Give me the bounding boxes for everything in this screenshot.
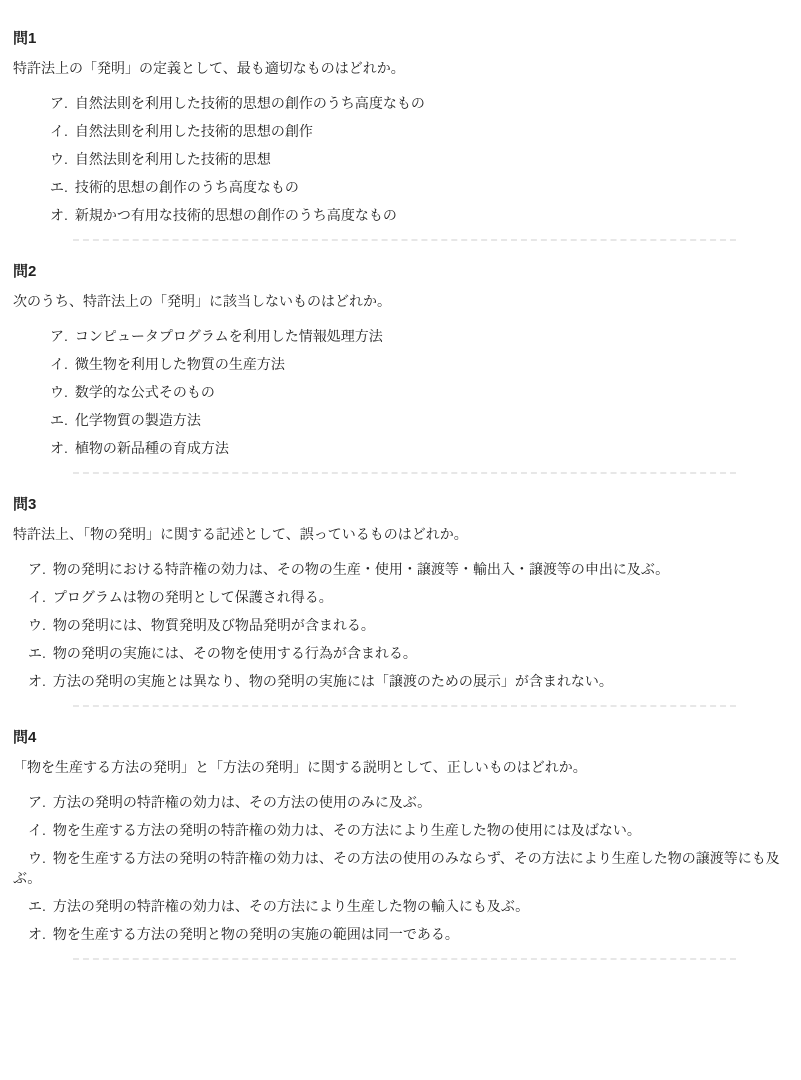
option-text: 物の発明には、物質発明及び物品発明が含まれる。	[53, 617, 375, 633]
answer-options: ア.コンピュータプログラムを利用した情報処理方法 イ.微生物を利用した物質の生産…	[13, 326, 788, 458]
option-label: エ.	[28, 898, 46, 914]
option-text: 植物の新品種の育成方法	[75, 440, 229, 456]
question-block: 問2 次のうち、特許法上の「発明」に該当しないものはどれか。 ア.コンピュータプ…	[13, 263, 788, 458]
answer-option: イ.物を生産する方法の発明の特許権の効力は、その方法により生産した物の使用には及…	[13, 820, 788, 840]
option-label: オ.	[28, 673, 46, 689]
option-text: 自然法則を利用した技術的思想の創作のうち高度なもの	[75, 95, 425, 111]
answer-options: ア.方法の発明の特許権の効力は、その方法の使用のみに及ぶ。 イ.物を生産する方法…	[13, 792, 788, 944]
option-text: 物の発明における特許権の効力は、その物の生産・使用・譲渡等・輸出入・譲渡等の申出…	[53, 561, 669, 577]
option-text: 新規かつ有用な技術的思想の創作のうち高度なもの	[75, 207, 397, 223]
option-label: オ.	[50, 207, 68, 223]
option-label: イ.	[28, 589, 46, 605]
question-number: 問1	[13, 30, 788, 48]
option-label: ア.	[28, 794, 46, 810]
answer-option: エ.技術的思想の創作のうち高度なもの	[13, 177, 788, 197]
option-label: エ.	[50, 179, 68, 195]
question-divider	[73, 958, 736, 960]
question-number: 問4	[13, 729, 788, 747]
option-text: 自然法則を利用した技術的思想の創作	[75, 123, 313, 139]
option-text: 技術的思想の創作のうち高度なもの	[75, 179, 299, 195]
answer-option: ア.自然法則を利用した技術的思想の創作のうち高度なもの	[13, 93, 788, 113]
option-label: エ.	[50, 412, 68, 428]
exam-document: 問1 特許法上の「発明」の定義として、最も適切なものはどれか。 ア.自然法則を利…	[0, 0, 801, 960]
option-text: 物を生産する方法の発明の特許権の効力は、その方法の使用のみならず、その方法により…	[13, 850, 780, 886]
question-number: 問2	[13, 263, 788, 281]
question-divider	[73, 705, 736, 707]
answer-option: エ.化学物質の製造方法	[13, 410, 788, 430]
answer-option: オ.方法の発明の実施とは異なり、物の発明の実施には「譲渡のための展示」が含まれな…	[13, 671, 788, 691]
answer-option: ア.コンピュータプログラムを利用した情報処理方法	[13, 326, 788, 346]
option-text: 方法の発明の特許権の効力は、その方法の使用のみに及ぶ。	[53, 794, 431, 810]
answer-option: エ.方法の発明の特許権の効力は、その方法により生産した物の輸入にも及ぶ。	[13, 896, 788, 916]
answer-option: イ.微生物を利用した物質の生産方法	[13, 354, 788, 374]
option-text: 方法の発明の実施とは異なり、物の発明の実施には「譲渡のための展示」が含まれない。	[53, 673, 613, 689]
answer-option: ウ.自然法則を利用した技術的思想	[13, 149, 788, 169]
option-label: エ.	[28, 645, 46, 661]
option-text: コンピュータプログラムを利用した情報処理方法	[75, 328, 383, 344]
questions-list: 問1 特許法上の「発明」の定義として、最も適切なものはどれか。 ア.自然法則を利…	[13, 30, 788, 960]
option-label: ウ.	[50, 384, 68, 400]
option-label: ウ.	[28, 617, 46, 633]
option-text: 物を生産する方法の発明の特許権の効力は、その方法により生産した物の使用には及ばな…	[53, 822, 641, 838]
answer-options: ア.物の発明における特許権の効力は、その物の生産・使用・譲渡等・輸出入・譲渡等の…	[13, 559, 788, 691]
answer-option: イ.プログラムは物の発明として保護され得る。	[13, 587, 788, 607]
question-divider	[73, 239, 736, 241]
question-statement: 特許法上の「発明」の定義として、最も適切なものはどれか。	[13, 58, 788, 78]
option-label: イ.	[50, 123, 68, 139]
option-text: 方法の発明の特許権の効力は、その方法により生産した物の輸入にも及ぶ。	[53, 898, 529, 914]
answer-option: エ.物の発明の実施には、その物を使用する行為が含まれる。	[13, 643, 788, 663]
question-divider	[73, 472, 736, 474]
answer-option: ア.物の発明における特許権の効力は、その物の生産・使用・譲渡等・輸出入・譲渡等の…	[13, 559, 788, 579]
question-block: 問4 「物を生産する方法の発明」と「方法の発明」に関する説明として、正しいものは…	[13, 729, 788, 944]
option-label: ア.	[50, 328, 68, 344]
question-statement: 次のうち、特許法上の「発明」に該当しないものはどれか。	[13, 291, 788, 311]
option-label: イ.	[28, 822, 46, 838]
option-text: プログラムは物の発明として保護され得る。	[53, 589, 333, 605]
option-text: 化学物質の製造方法	[75, 412, 201, 428]
option-label: イ.	[50, 356, 68, 372]
answer-options: ア.自然法則を利用した技術的思想の創作のうち高度なもの イ.自然法則を利用した技…	[13, 93, 788, 225]
option-text: 物の発明の実施には、その物を使用する行為が含まれる。	[53, 645, 417, 661]
option-label: ウ.	[50, 151, 68, 167]
answer-option: オ.新規かつ有用な技術的思想の創作のうち高度なもの	[13, 205, 788, 225]
answer-option: ア.方法の発明の特許権の効力は、その方法の使用のみに及ぶ。	[13, 792, 788, 812]
option-label: オ.	[50, 440, 68, 456]
question-statement: 「物を生産する方法の発明」と「方法の発明」に関する説明として、正しいものはどれか…	[13, 757, 788, 777]
option-text: 微生物を利用した物質の生産方法	[75, 356, 285, 372]
option-label: ア.	[50, 95, 68, 111]
option-text: 数学的な公式そのもの	[75, 384, 215, 400]
question-block: 問3 特許法上、「物の発明」に関する記述として、誤っているものはどれか。 ア.物…	[13, 496, 788, 691]
option-label: オ.	[28, 926, 46, 942]
answer-option: イ.自然法則を利用した技術的思想の創作	[13, 121, 788, 141]
option-label: ア.	[28, 561, 46, 577]
answer-option: ウ.数学的な公式そのもの	[13, 382, 788, 402]
answer-option: オ.物を生産する方法の発明と物の発明の実施の範囲は同一である。	[13, 924, 788, 944]
option-label: ウ.	[28, 850, 46, 866]
answer-option: オ.植物の新品種の育成方法	[13, 438, 788, 458]
answer-option: ウ.物の発明には、物質発明及び物品発明が含まれる。	[13, 615, 788, 635]
option-text: 自然法則を利用した技術的思想	[75, 151, 271, 167]
question-statement: 特許法上、「物の発明」に関する記述として、誤っているものはどれか。	[13, 524, 788, 544]
question-block: 問1 特許法上の「発明」の定義として、最も適切なものはどれか。 ア.自然法則を利…	[13, 30, 788, 225]
question-number: 問3	[13, 496, 788, 514]
option-text: 物を生産する方法の発明と物の発明の実施の範囲は同一である。	[53, 926, 459, 942]
answer-option: ウ.物を生産する方法の発明の特許権の効力は、その方法の使用のみならず、その方法に…	[13, 848, 788, 888]
